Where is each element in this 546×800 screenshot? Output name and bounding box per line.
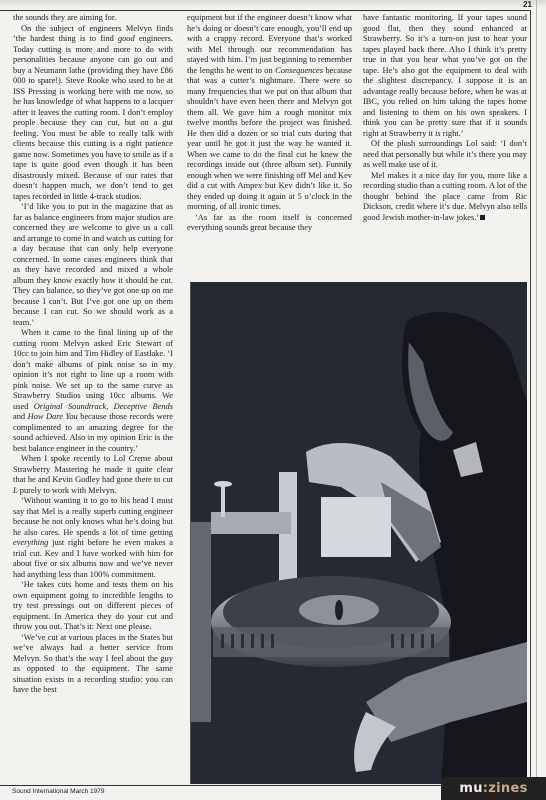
end-of-article-mark-icon [480,215,485,220]
watermark-text-zines: :zines [483,781,528,796]
paragraph: ‘He takes cuts home and tests them on hi… [13,580,173,633]
magazine-footer: Sound International March 1979 [12,788,105,795]
paragraph: Of the plush surroundings Lol said: ‘I d… [363,139,527,171]
article-column-1: the sounds they are aiming for. On the s… [13,13,173,696]
paragraph: equipment but if the engineer doesn’t kn… [187,13,352,213]
article-photograph [190,282,527,784]
page-top-shadow [0,0,546,8]
paragraph: Mel makes it a nice day for you, more li… [363,171,527,224]
paragraph: On the subject of engineers Melvyn finds… [13,24,173,203]
paragraph: ‘Without wanting it to go to his head I … [13,496,173,580]
right-column-rule [530,10,531,786]
muzines-watermark-logo: mu:zines [441,777,546,800]
article-column-2: equipment but if the engineer doesn’t kn… [187,13,352,234]
page-edge-rule [536,0,537,800]
top-rule-divider [0,10,531,11]
paragraph: the sounds they are aiming for. [13,13,173,24]
paragraph: ‘We’ve cut at various places in the Stat… [13,633,173,696]
paragraph: ‘I’d like you to put in the magazine tha… [13,202,173,328]
watermark-text-mu: mu [459,781,482,796]
page-number: 21 [523,0,532,9]
paragraph: When I spoke recently to Lol Creme about… [13,454,173,496]
article-column-3: have fantastic monitoring. If your tapes… [363,13,527,223]
paragraph: ‘As far as the room itself is concerned … [187,213,352,234]
paragraph: have fantastic monitoring. If your tapes… [363,13,527,139]
paragraph: When it came to the final lining up of t… [13,328,173,454]
lathe-photo-illustration [191,282,527,784]
